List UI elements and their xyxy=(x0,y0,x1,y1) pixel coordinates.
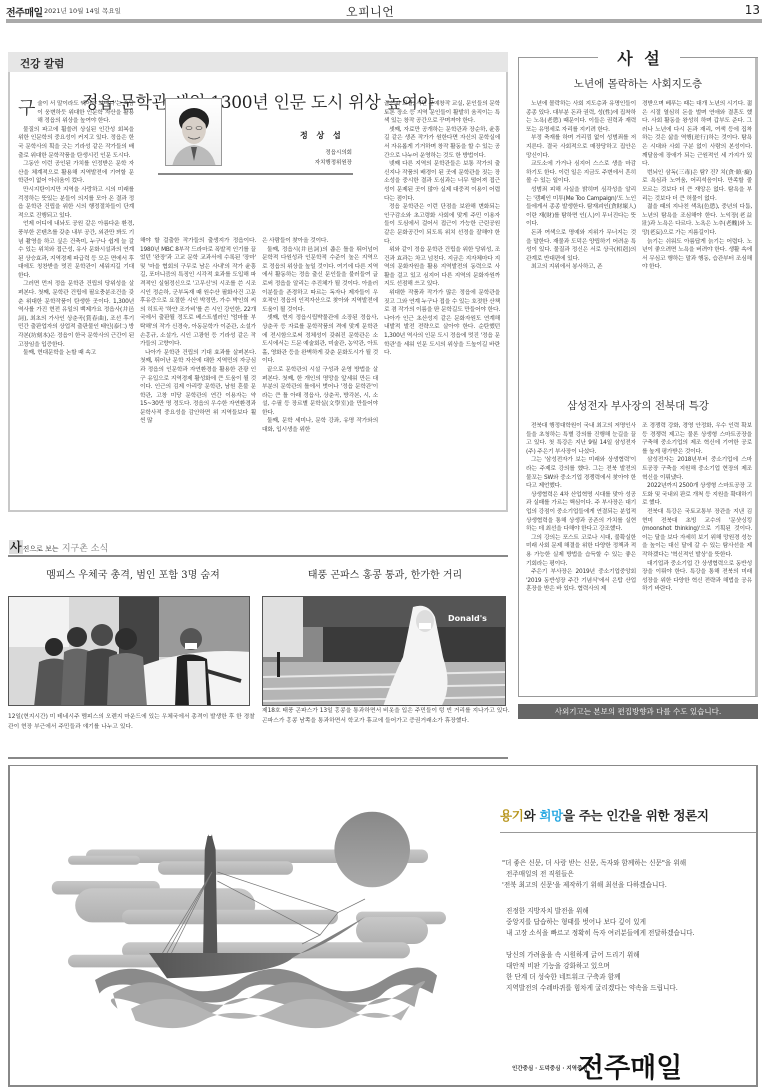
photo-news-title-2: 태풍 곤파스 홍콩 통과, 한가한 거리 xyxy=(262,566,508,581)
masthead-rule xyxy=(6,19,762,23)
page-number: 13 xyxy=(745,3,760,17)
ad-line: 당신의 가려움을 속 시원하게 긁어 드리기 위해 xyxy=(506,950,758,961)
slogan-courage: 용기 xyxy=(500,808,524,823)
svg-text:Donald's: Donald's xyxy=(448,614,487,623)
column-category-bar: 건강 칼럼 xyxy=(8,52,508,72)
ad-paragraph-3: 당신의 가려움을 속 시원하게 긁어 드리기 위해 대안적 비판 기능을 강화하… xyxy=(502,950,758,994)
paragraph: 전북대 특강은 국토교통부 장관을 지낸 김현미 전북대 초빙 교수의 '문샷싱… xyxy=(642,508,752,560)
ad-line: 한 단계 더 성숙한 네트워크 구축과 함께 xyxy=(506,972,758,983)
photo-news-rule xyxy=(8,555,508,557)
paragraph: 술이 서 말이라도 꿰어야 보배다'는 속담이 웅변하듯 위대한 인문학 자산을… xyxy=(18,100,134,126)
editorial-title-2: 삼성전자 부사장의 전북대 특강 xyxy=(518,398,758,413)
ad-line: 내 고장 소식을 빠르고 정확히 독자 여러분들에게 전달하겠습니다. xyxy=(506,928,758,939)
ad-paragraph-1: "더 좋은 신문, 더 사랑 받는 신문, 독자와 함께하는 신문"을 위해 전… xyxy=(502,858,758,891)
ad-line: "더 좋은 신문, 더 사랑 받는 신문, 독자와 함께하는 신문"을 위해 xyxy=(502,858,758,869)
paragraph: 넷째 다른 지역의 문학관들은 보통 작가의 출신지나 작품의 배경이 된 곳에… xyxy=(384,160,500,203)
masthead: 전주매일 2021년 10월 14일 목요일 오피니언 13 xyxy=(6,3,762,19)
issue-date: 2021년 10월 14일 목요일 xyxy=(44,6,121,15)
newspaper-logo: 전주매일 xyxy=(6,4,43,19)
paragraph: 셋째, 자료만 공개하는 문학관과 장순하, 윤흥길 같은 생존 작가가 원한다… xyxy=(384,126,500,160)
author-portrait-icon xyxy=(166,99,222,166)
author-photo xyxy=(165,98,222,166)
paragraph: 상생협력은 4차 산업혁명 시대를 맞아 성공과 실패를 가르는 핵심이다. 주… xyxy=(526,491,636,534)
editorial-title-1: 노년에 몰락하는 사회지도층 xyxy=(518,76,758,91)
hongkong-street-icon: Donald's xyxy=(263,597,506,706)
paragraph: 셋째, 현지 정읍시립박물관에 소장된 정읍사, 상춘곡 등 자료를 문학작품의… xyxy=(262,314,378,366)
paragraph: 그는 '삼성전자가 보는 미래와 상생협력'이라는 주제로 강의를 했다. 그는… xyxy=(526,456,636,490)
ad-slogan: 용기와 희망을 주는 인간을 위한 정론지 xyxy=(500,806,709,824)
paragraph: 성범죄 피해 사실을 밝히며 심각성을 알리는 '캠페인 미투(Me Too C… xyxy=(526,186,636,229)
column-text-col2: 해야 할 걸출한 작가들의 출생지가 정읍이다. 1980년 MBC 8부작 드… xyxy=(140,237,256,500)
ad-logo: 전주매일 xyxy=(578,1046,682,1085)
ad-line: 중앙지를 답습하는 형태를 벗어나 보다 깊이 있게 xyxy=(506,917,758,928)
author-role-line: 정읍시의회 xyxy=(300,148,352,158)
paragraph: 돈과 여색으로 명예와 지위가 무너지는 것을 말한다. 재물과 도덕은 양립하… xyxy=(526,229,636,263)
paragraph: 삼성전자는 2018년부터 중소기업에 스마트공장 구축을 지원해 중소기업 현… xyxy=(642,456,752,482)
paragraph: 언제 어디에 내놔도 공원 같은 아름다운 환경, 풍부한 콘텐츠를 갖춘 내부… xyxy=(18,220,134,280)
column-text-col4: 글쓰기 교실, 시민 문예창작 교실, 문인들의 문학토론 장소 등 지역 문인… xyxy=(384,100,500,500)
paragraph: 조 경쟁력 강화, 경영 안정화, 우수 인력 확보 등 경쟁력 제고는 물론 … xyxy=(642,422,752,456)
column-category: 건강 칼럼 xyxy=(20,56,64,71)
slogan-text: 을 주는 인간을 위한 정론지 xyxy=(563,808,709,823)
photo-news-caption-2: 제18호 태풍 곤파스가 13일 홍콩을 통과하면서 비옷을 입은 주민들이 텅… xyxy=(262,706,510,726)
photo-hongkong: Donald's xyxy=(262,596,506,706)
photo-memphis xyxy=(8,596,250,706)
ad-paragraph-2: 진정한 지방자치 발전을 위해 중앙지를 답습하는 형태를 벗어나 보다 깊이 … xyxy=(502,906,758,939)
paragraph: 최고의 지위에서 봉사하고, 존 xyxy=(526,263,636,272)
paragraph: 부정 축재를 하며 거리낌 없이 성범죄를 저지른다. 결국 사회적으로 매장당… xyxy=(526,134,636,160)
editorial-2-col2: 조 경쟁력 강화, 경영 안정화, 우수 인력 확보 등 경쟁력 제고는 물론 … xyxy=(642,422,752,694)
ad-tagline: 인간중심 · 도덕중심 · 지역중심 xyxy=(512,1064,588,1072)
paragraph: 그의 강의는 포스트 코로나 시대, 불확실한 미래 사회 문제 해결을 위한 … xyxy=(526,534,636,568)
photo-news-label-topic: 지구촌 소식 xyxy=(62,544,108,554)
editorial-1-col1: 노년에 몰락하는 사회 지도층과 유명인들이 종종 있다. 대부분 돈과 권력,… xyxy=(526,100,636,390)
paragraph: 은 사람들이 찾아올 것이다. xyxy=(262,237,378,246)
section-title: 오피니언 xyxy=(346,3,394,20)
paragraph: 노년에 몰락하는 사회 지도층과 유명인들이 종종 있다. 대부분 돈과 권력,… xyxy=(526,100,636,134)
paragraph: 늙기는 쉬워도 아름답게 늙기는 어렵다. 노년이 좋으려면 노욕을 버려야 한… xyxy=(642,238,752,272)
paragraph: 나아가 문학관 건립의 기대 효과를 살펴본다. 첫째, 뛰어난 문학 자산에 … xyxy=(140,349,256,426)
photo-news-label: 사진으로 보는 지구촌 소식 xyxy=(9,538,108,555)
slogan-hope: 희망 xyxy=(539,808,563,823)
paragraph: 정읍 문학관은 이런 단점을 보완해 변화되는 인구감소와 초고령화 사회에 맞… xyxy=(384,203,500,246)
ad-line: 진정한 지방자치 발전을 위해 xyxy=(506,906,758,917)
paragraph: 주은기 부사장은 2019년 중소기업중앙회 '2019 동반성장 주간 기념식… xyxy=(526,568,636,594)
author-role-line: 자치행정위원장 xyxy=(300,158,352,168)
editorial-heading: 사 설 xyxy=(600,46,680,69)
editorial-1-col2: 경받으며 베푸는 때는 대개 노년의 시기다. 젊은 시절 열심히 돈을 벌며 … xyxy=(642,100,752,390)
paragraph: 물질의 파고에 휩쓸려 상실된 인간성 회복을 위한 인문학의 중요성이 커지고… xyxy=(18,126,134,160)
paragraph: 글쓰기 교실, 시민 문예창작 교실, 문인들의 문학토론 장소 등 지역 문인… xyxy=(384,100,500,126)
editorial-disclaimer: 사외기고는 본보의 편집방향과 다를 수도 있습니다. xyxy=(518,704,758,719)
paragraph: 둘째, 현대문학을 논할 때 속고 xyxy=(18,349,134,358)
ad-line: 지역발전의 수레바퀴를 힘차게 굴리겠다는 약속을 드립니다. xyxy=(506,983,758,994)
ad-rule xyxy=(500,832,756,833)
paragraph: 그러면 먼저 정읍 문학관 건립의 당위성을 살펴본다. 첫째, 문학관 건립에… xyxy=(18,280,134,349)
paragraph: 대기업과 중소기업 간 상생협력으로 동반성장을 이뤄야 한다. 특강을 통해 … xyxy=(642,560,752,594)
paragraph: 위대한 작품과 작가가 많은 정읍에 문학관을 짓고 그와 연계 누구나 접을 … xyxy=(384,289,500,358)
paragraph: 둘째, 정읍시(井邑詞)의 좁은 틀을 뛰어넘어 문학적 다원성과 인문학적 수… xyxy=(262,246,378,315)
paragraph: 경받으며 베푸는 때는 대개 노년의 시기다. 젊은 시절 열심히 돈을 벌며 … xyxy=(642,100,752,169)
paragraph: 끝으로 문학관의 시설 구성과 운영 방법을 살펴본다. 첫째, 한 개인의 명… xyxy=(262,366,378,418)
paragraph: 번뇌인 삼독(三毒)은 탐? 진? 치(貪·瞋·癡)로 욕심과 노여움, 어리석… xyxy=(642,169,752,203)
ad-illustration xyxy=(28,800,468,1070)
editorial-2-col1: 전북대 행정대학원이 국내 최고의 저명인사들을 초청하는 특별 강의를 진행해… xyxy=(526,422,636,694)
column-text-col3: 은 사람들이 찾아올 것이다. 둘째, 정읍시(井邑詞)의 좁은 틀을 뛰어넘어… xyxy=(262,237,378,500)
memphis-scene-icon xyxy=(9,597,250,706)
pen-ship-illustration-icon xyxy=(28,800,468,1070)
paragraph: 그동안 이런 공인된 가치를 인정받은 문학 자산을 체계적으로 활용해 지역발… xyxy=(18,160,134,186)
photo-news-label-mid: 진으로 보는 xyxy=(23,545,59,553)
column-text-col1: 구 술이 서 말이라도 꿰어야 보배다'는 속담이 웅변하듯 위대한 인문학 자… xyxy=(18,100,134,500)
ad-line: '전북 최고의 신문'을 제작하기 위해 최선을 다하겠습니다. xyxy=(502,880,758,891)
slogan-text: 와 xyxy=(524,808,540,823)
photo-news-caption-1: 12일(현지시간) 미 테네시주 멤피스의 오렌지 마운드에 있는 우체국에서 … xyxy=(8,712,258,732)
photo-news-bottom-rule xyxy=(8,757,508,759)
ad-line: 전주매일의 전 직원들은 xyxy=(502,869,758,880)
editorial-rule xyxy=(518,57,598,58)
paragraph: 위와 같이 정읍 문학관 건립을 위한 당위성, 조건과 효과는 차고 넘친다.… xyxy=(384,246,500,289)
paragraph: 2022년까지 2500개 상생형 스마트공장 고도화 및 국내외 판로 개척 … xyxy=(642,482,752,508)
paragraph: 교도소에 가거나 심지어 스스로 생을 마감하기도 한다. 이런 일은 지금도 … xyxy=(526,160,636,186)
ad-line: 대안적 비판 기능을 강화하고 있으며 xyxy=(506,961,758,972)
photo-news-title-1: 멤피스 우체국 총격, 범인 포함 3명 숨져 xyxy=(8,566,258,581)
dropcap: 구 xyxy=(18,100,35,118)
paragraph: 둘째, 문학 세미나, 문학 강좌, 유명 작가와의 대화, 입시생을 위한 xyxy=(262,417,378,434)
author-name: 정 상 섭 xyxy=(300,130,344,141)
paragraph: 젊을 때의 지나친 색욕(色慾), 중년의 다툼, 노년의 탐욕을 조심해야 한… xyxy=(642,203,752,237)
paragraph: 해야 할 걸출한 작가들의 출생지가 정읍이다. 1980년 MBC 8부작 드… xyxy=(140,237,256,349)
author-role: 정읍시의회 자치행정위원장 xyxy=(300,148,352,168)
author-divider xyxy=(158,173,353,175)
photo-news-label-initial: 사 xyxy=(9,540,23,554)
paragraph: 만시지탄이지만 지역을 사랑하고 시의 미래를 걱정하는 뜻있는 분들이 의지를… xyxy=(18,186,134,220)
paragraph: 전북대 행정대학원이 국내 최고의 저명인사들을 초청하는 특별 강의를 진행해… xyxy=(526,422,636,456)
editorial-rule xyxy=(680,57,758,58)
